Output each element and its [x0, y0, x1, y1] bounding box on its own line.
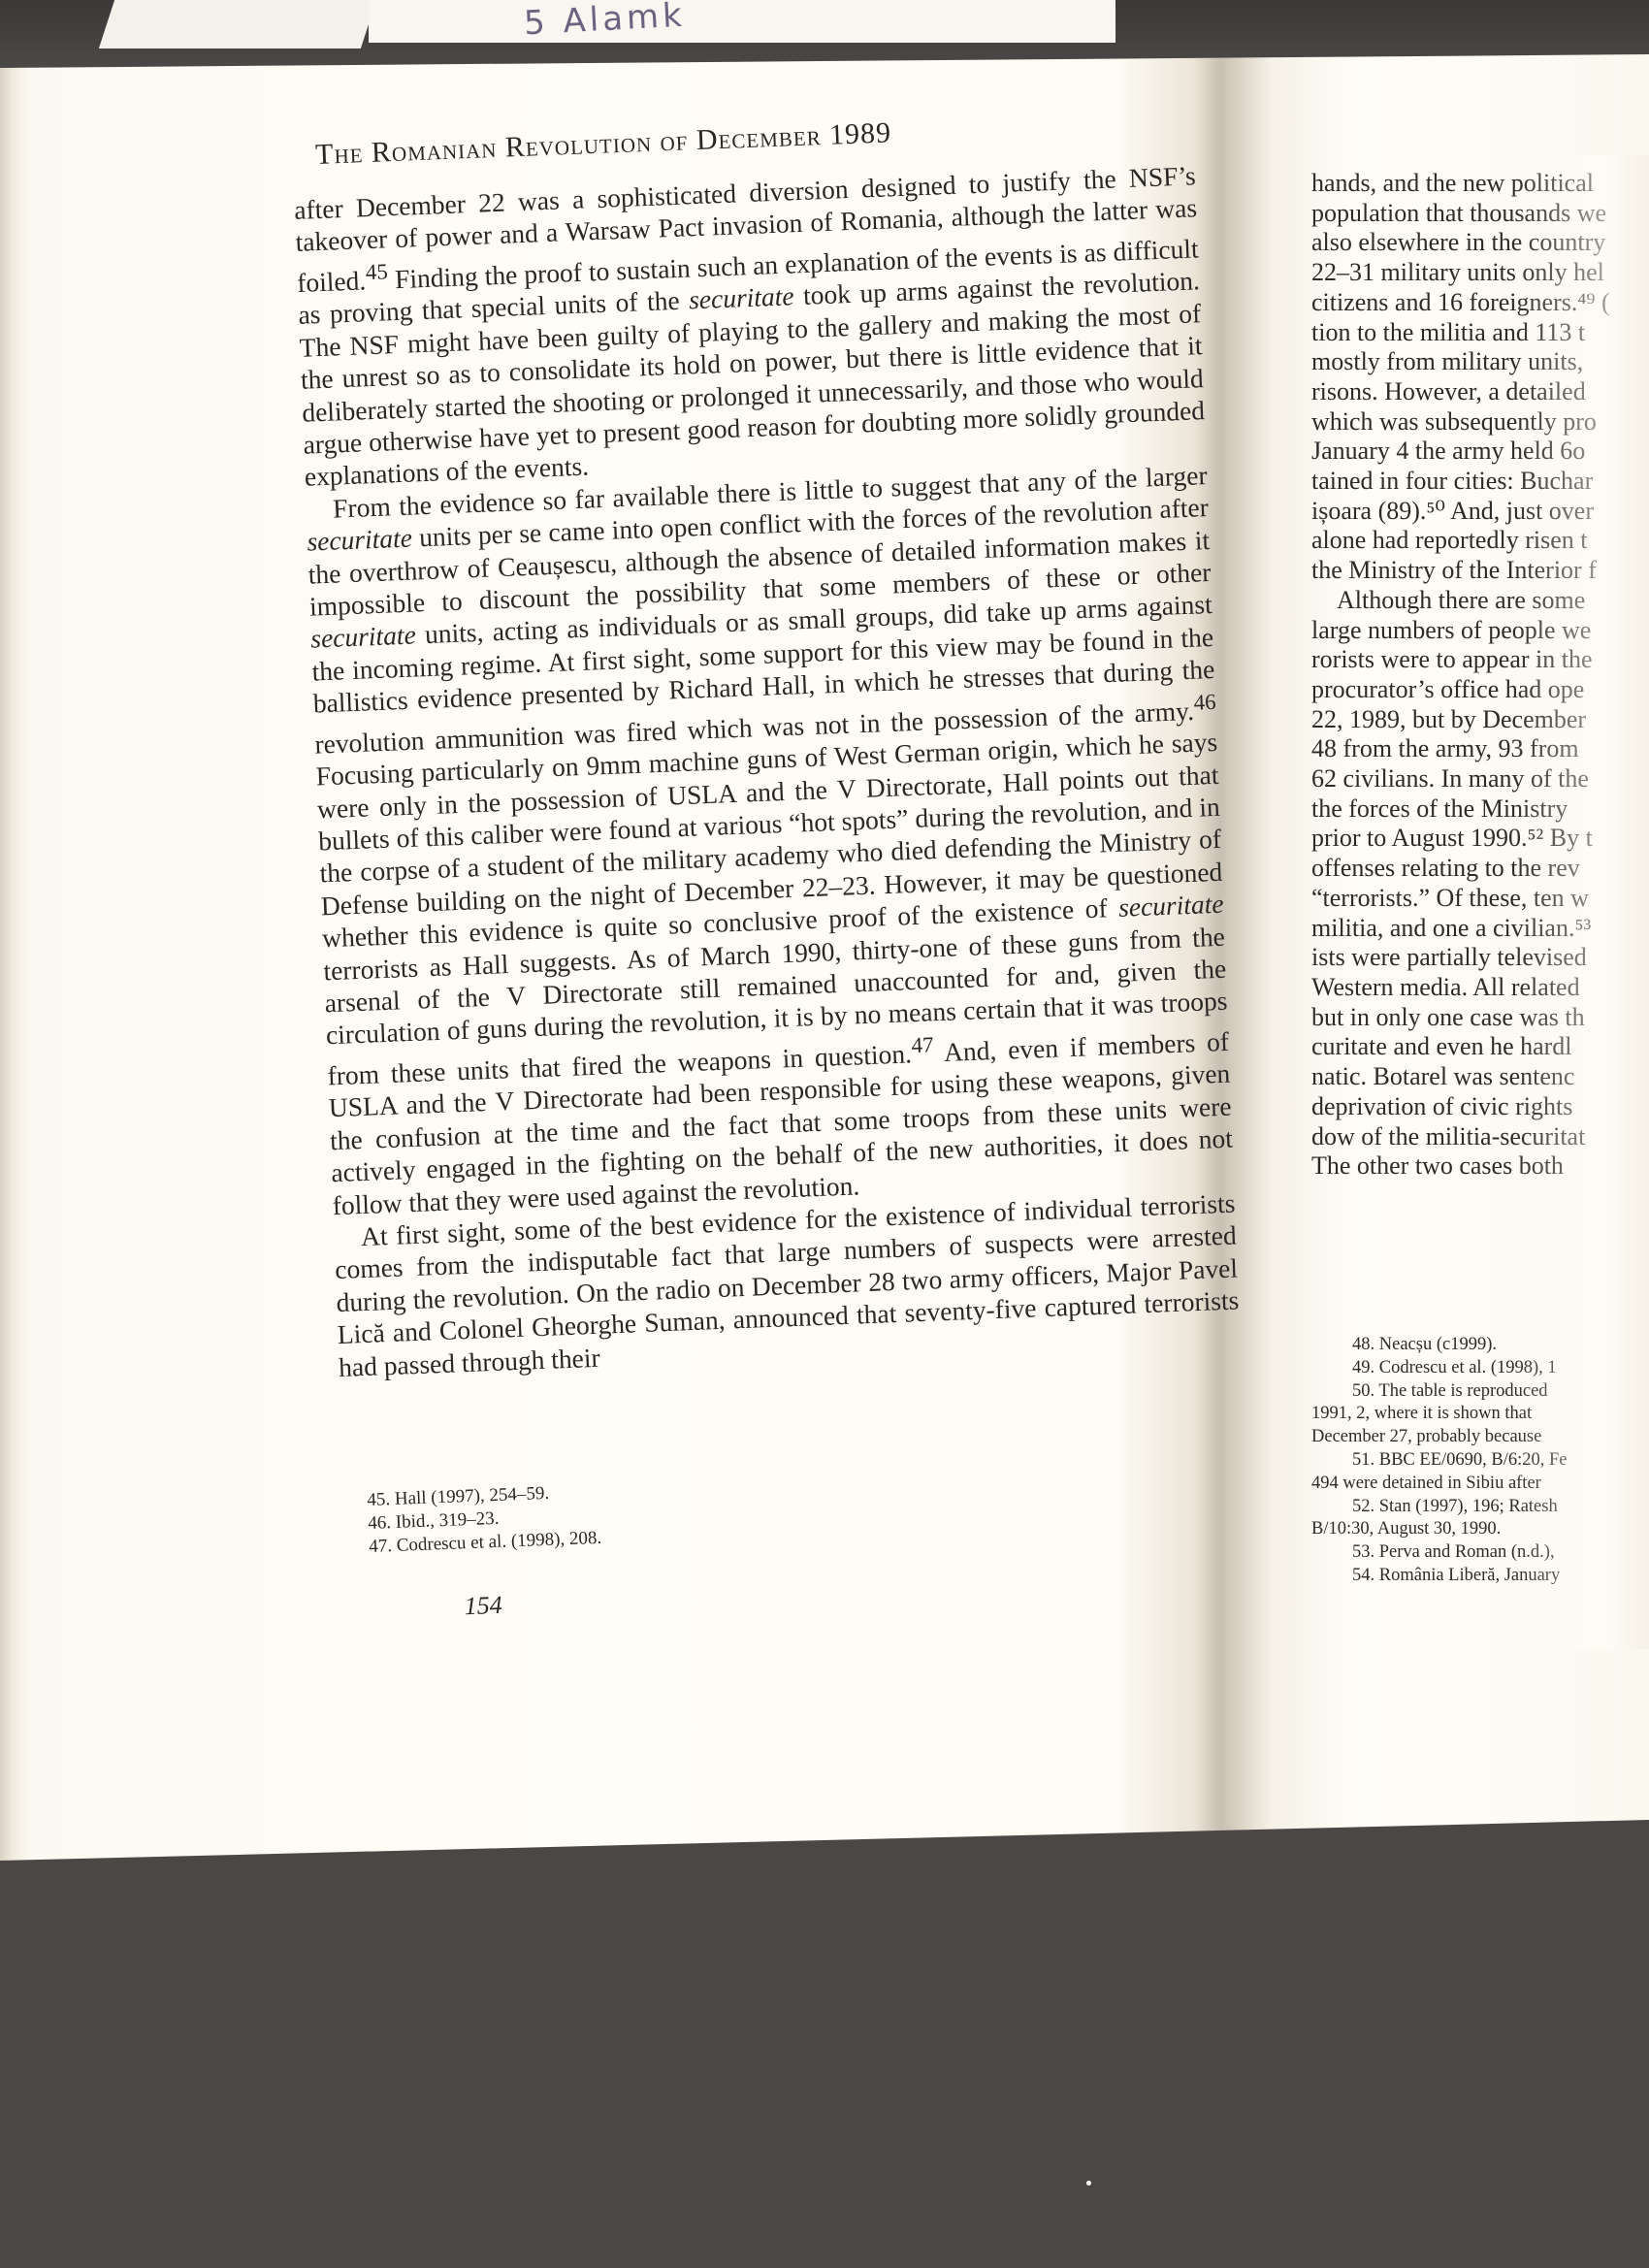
text-line: which was subsequently pro: [1311, 407, 1649, 437]
left-page-body: after December 22 was a sophisticated di…: [294, 159, 1241, 1383]
text-line: tion to the militia and 113 t: [1311, 318, 1649, 348]
text-line: also elsewhere in the country: [1311, 228, 1649, 258]
text-line: The other two cases both: [1311, 1151, 1649, 1182]
text-line: Although there are some: [1311, 586, 1649, 616]
text-line: militia, and one a civilian.⁵³: [1311, 914, 1649, 944]
text-line: the Ministry of the Interior f: [1311, 556, 1649, 586]
text-line: large numbers of people we: [1311, 616, 1649, 646]
footnote: 1991, 2, where it is shown that: [1311, 1403, 1649, 1426]
footnote: 51. BBC EE/0690, B/6:20, Fe: [1352, 1449, 1649, 1473]
footnote: 52. Stan (1997), 196; Ratesh: [1352, 1496, 1649, 1519]
footnote-ref: 45: [365, 259, 388, 284]
text-line: natic. Botarel was sentenc: [1311, 1062, 1649, 1092]
body-paragraph: after December 22 was a sophisticated di…: [294, 159, 1207, 493]
footnote: 494 were detained in Sibiu after: [1311, 1473, 1649, 1496]
right-page: hands, and the new politicalpopulation t…: [1311, 169, 1649, 1182]
text-line: January 4 the army held 6o: [1311, 437, 1649, 467]
text-line: tained in four cities: Buchar: [1311, 467, 1649, 497]
body-paragraph: From the evidence so far available there…: [306, 459, 1235, 1221]
text-line: Western media. All related: [1311, 973, 1649, 1003]
text-line: ists were partially televised: [1311, 943, 1649, 973]
footnote: 50. The table is reproduced: [1352, 1380, 1649, 1404]
footnote: 48. Neacșu (c1999).: [1352, 1334, 1649, 1357]
footnote-ref: 47: [911, 1032, 934, 1057]
footnote: December 27, probably because: [1311, 1426, 1649, 1449]
text-line: alone had reportedly risen t: [1311, 526, 1649, 556]
italic-term: securitate: [689, 281, 795, 315]
left-page: The Romanian Revolution of December 1989…: [291, 91, 1250, 1626]
text-line: the forces of the Ministry: [1311, 794, 1649, 825]
text-line: citizens and 16 foreigners.⁴⁹ (: [1311, 288, 1649, 318]
text-line: rorists were to appear in the: [1311, 645, 1649, 675]
text-line: 22–31 military units only hel: [1311, 258, 1649, 288]
text-line: 48 from the army, 93 from: [1311, 734, 1649, 764]
right-footnotes: 48. Neacșu (c1999).49. Codrescu et al. (…: [1352, 1334, 1649, 1588]
footnote: 49. Codrescu et al. (1998), 1: [1352, 1357, 1649, 1380]
text-line: 62 civilians. In many of the: [1311, 764, 1649, 794]
paper-slip: [99, 0, 376, 49]
footnote: 53. Perva and Roman (n.d.),: [1352, 1541, 1649, 1565]
italic-term: securitate: [1118, 889, 1225, 923]
footnote: 54. România Liberă, January: [1352, 1565, 1649, 1588]
scanner-background-bottom: [0, 1863, 1649, 2268]
paper-slip-note: [369, 0, 1115, 43]
text-line: offenses relating to the rev: [1311, 854, 1649, 884]
left-footnotes: 45. Hall (1997), 254–59.46. Ibid., 319–2…: [343, 1455, 1247, 1560]
italic-term: securitate: [310, 620, 417, 654]
text-line: population that thousands we: [1311, 199, 1649, 229]
text-line: ișoara (89).⁵⁰ And, just over: [1311, 497, 1649, 527]
footnote: B/10:30, August 30, 1990.: [1311, 1518, 1649, 1541]
text-line: procurator’s office had ope: [1311, 675, 1649, 705]
text-line: mostly from military units,: [1311, 347, 1649, 377]
italic-term: securitate: [307, 523, 413, 557]
text-line: but in only one case was th: [1311, 1003, 1649, 1033]
text-line: deprivation of civic rights: [1311, 1092, 1649, 1122]
text-line: curitate and even he hardl: [1311, 1032, 1649, 1062]
text-line: 22, 1989, but by December: [1311, 705, 1649, 735]
dust-speck: [1086, 2181, 1091, 2186]
footnote-ref: 46: [1193, 690, 1216, 715]
text-line: dow of the militia-securitat: [1311, 1122, 1649, 1152]
text-line: risons. However, a detailed: [1311, 377, 1649, 407]
text-line: prior to August 1990.⁵² By t: [1311, 824, 1649, 854]
body-paragraph: At first sight, some of the best evidenc…: [333, 1187, 1241, 1384]
text-line: hands, and the new political: [1311, 169, 1649, 199]
text-line: “terrorists.” Of these, ten w: [1311, 884, 1649, 914]
